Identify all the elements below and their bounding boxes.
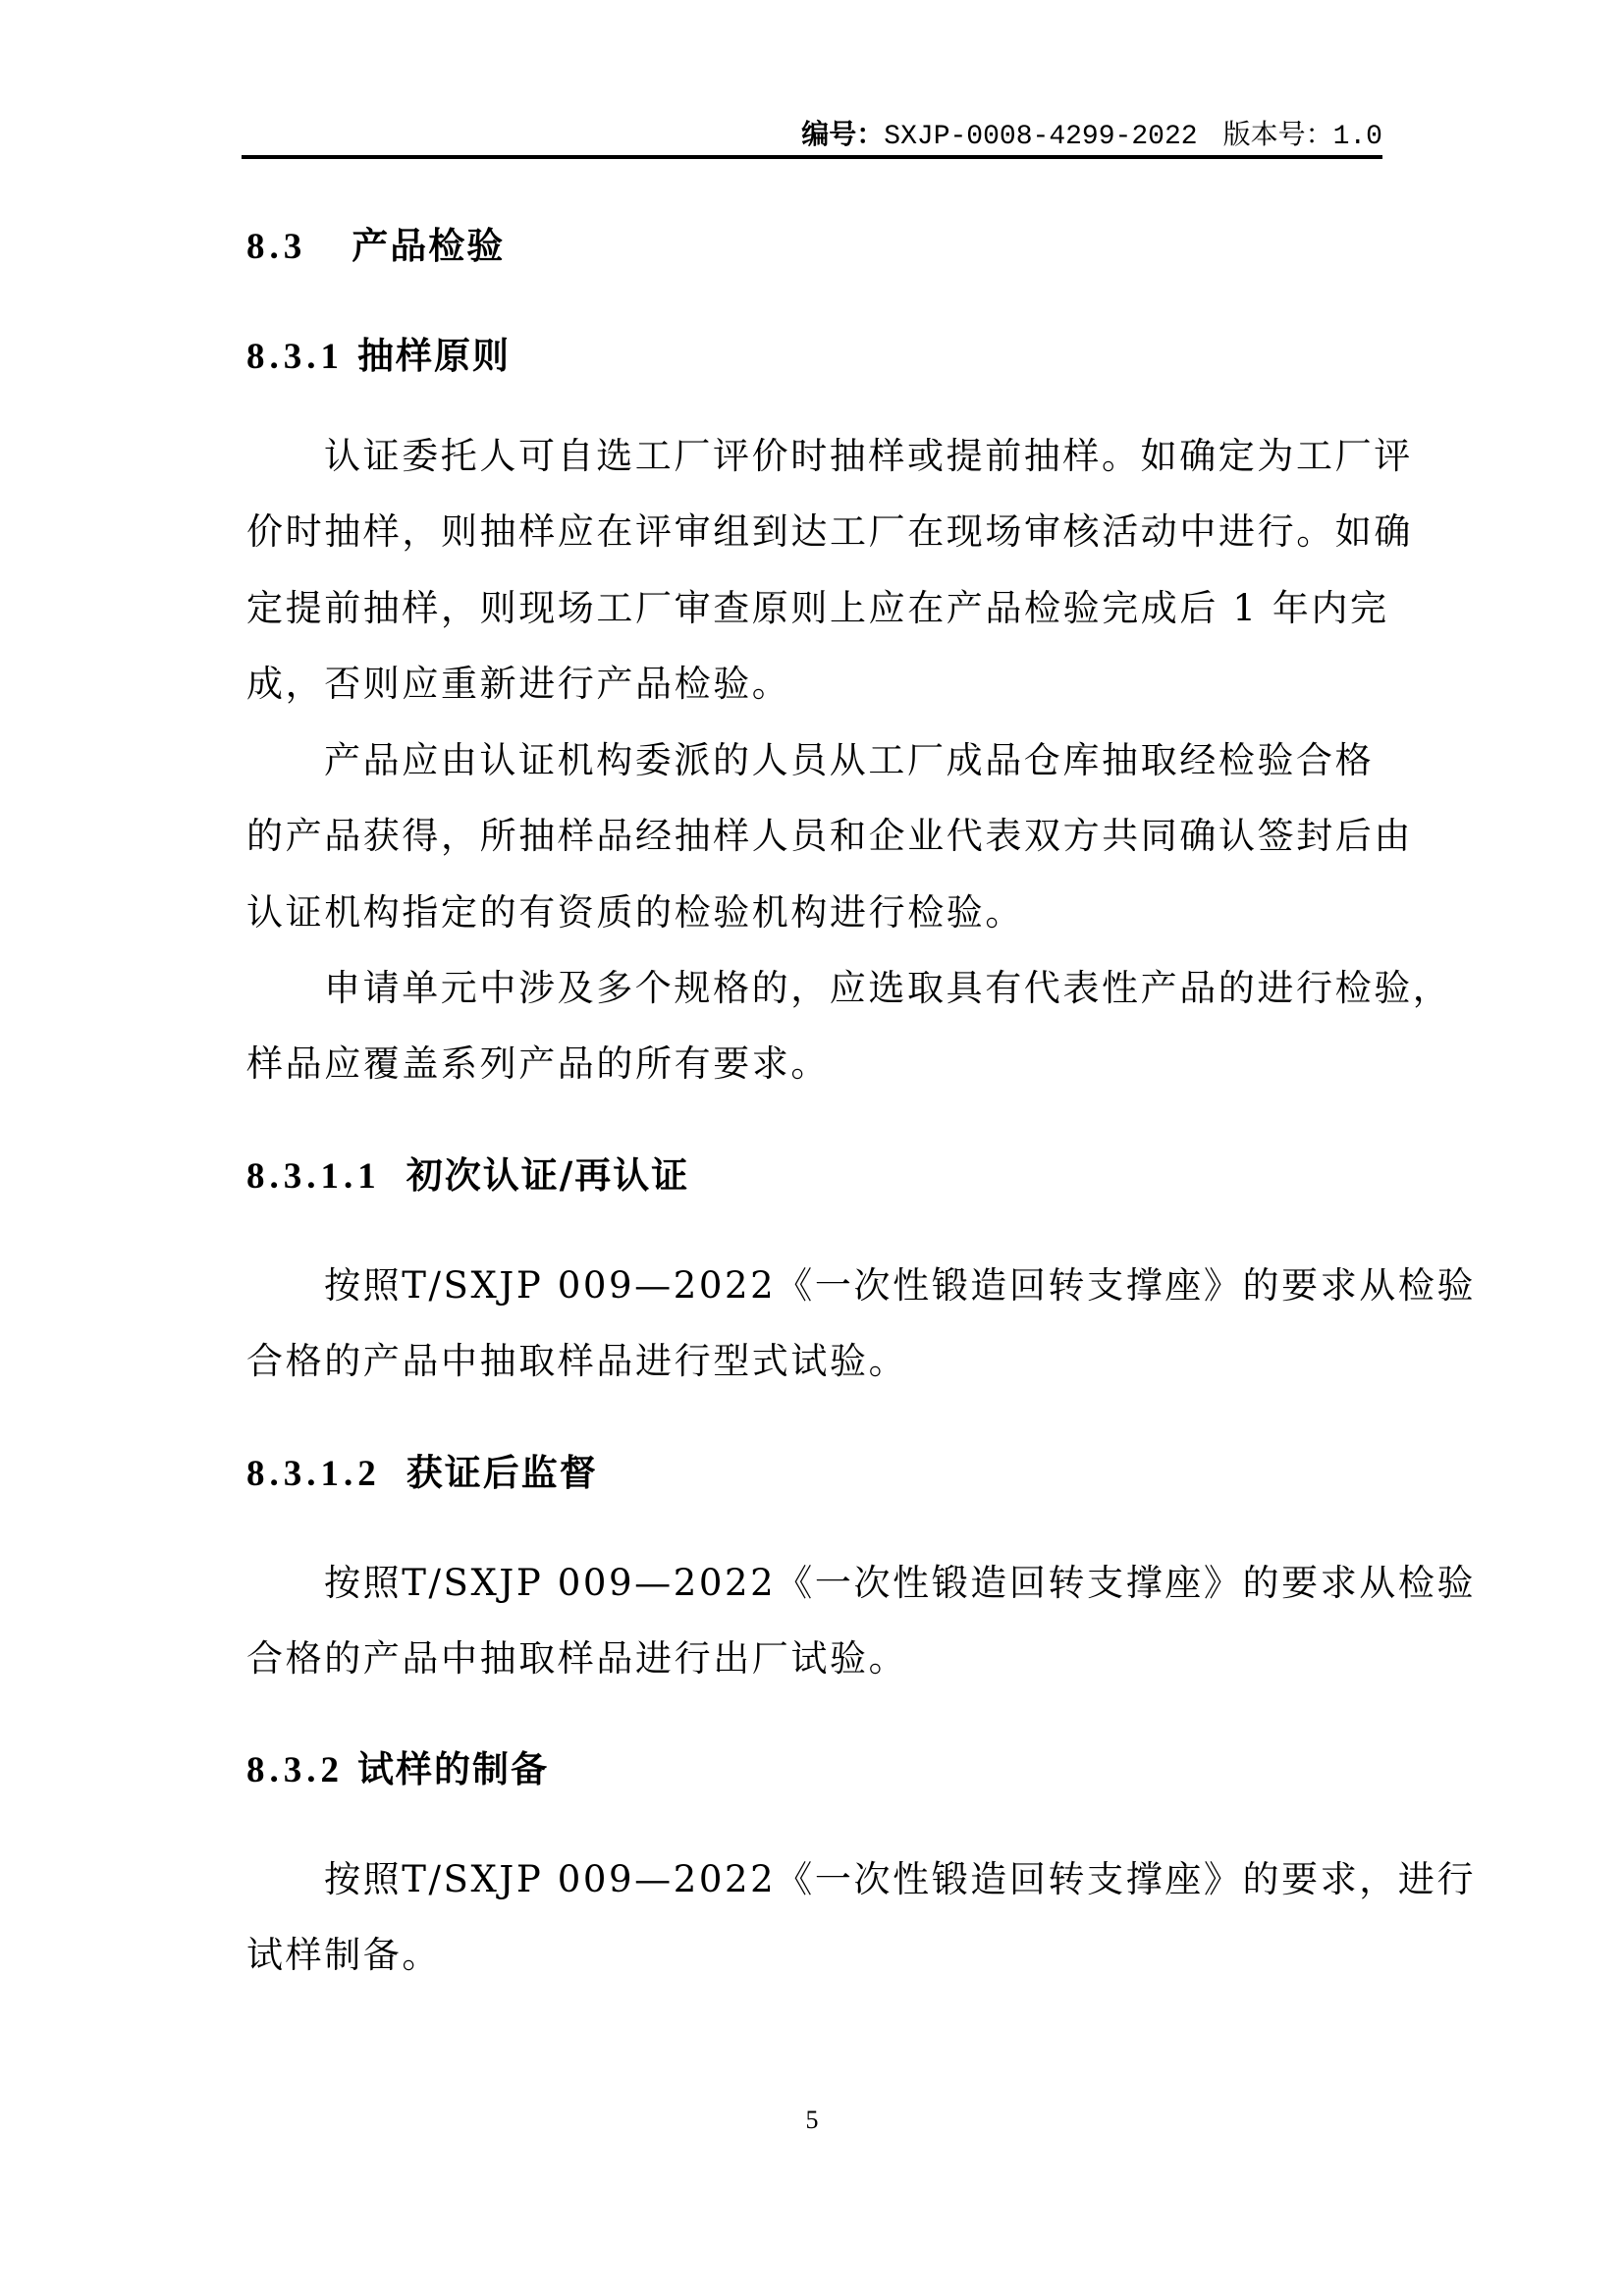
text-line: 产品应由认证机构委派的人员从工厂成品仓库抽取经检验合格: [324, 736, 1463, 785]
header-rule: [242, 155, 1382, 159]
text-line: 定提前抽样，则现场工厂审查原则上应在产品检验完成后 1 年内完: [246, 584, 1385, 633]
text-line: 认证委托人可自选工厂评价时抽样或提前抽样。如确定为工厂评: [324, 432, 1463, 481]
version-label: 版本号：: [1223, 118, 1333, 150]
doc-number: SXJP-0008-4299-2022: [884, 122, 1197, 152]
text-line: 认证机构指定的有资质的检验机构进行检验。: [246, 888, 1385, 937]
doc-number-label: 编号：: [801, 118, 884, 150]
section-title: 试样的制备: [357, 1747, 549, 1790]
section-title: 产品检验: [352, 224, 505, 267]
section-heading-8-3-1: 8.3.1抽样原则: [246, 331, 511, 380]
section-heading-8-3-2: 8.3.2试样的制备: [246, 1744, 549, 1793]
text-line: 成，否则应重新进行产品检验。: [246, 660, 1385, 709]
section-title: 初次认证/再认证: [406, 1153, 690, 1197]
section-number: 8.3.1: [246, 333, 344, 382]
section-number: 8.3.1.1: [246, 1152, 381, 1201]
section-heading-8-3-1-2: 8.3.1.2获证后监督: [246, 1448, 598, 1497]
section-number: 8.3.1.2: [246, 1450, 381, 1499]
text-line: 合格的产品中抽取样品进行出厂试验。: [246, 1634, 1385, 1683]
running-header: 编号：SXJP-0008-4299-2022版本号：1.0: [242, 113, 1382, 156]
text-line: 的产品获得，所抽样品经抽样人员和企业代表双方共同确认签封后由: [246, 812, 1385, 861]
text-line: 价时抽样，则抽样应在评审组到达工厂在现场审核活动中进行。如确: [246, 507, 1385, 557]
text-line: 样品应覆盖系列产品的所有要求。: [246, 1040, 1385, 1089]
text-line: 合格的产品中抽取样品进行型式试验。: [246, 1337, 1385, 1386]
text-line: 按照T/SXJP 009—2022《一次性锻造回转支撑座》的要求从检验: [324, 1559, 1463, 1608]
section-title: 获证后监督: [406, 1451, 598, 1494]
section-number: 8.3: [246, 223, 306, 272]
section-title: 抽样原则: [357, 334, 511, 377]
page-number: 5: [0, 2106, 1624, 2135]
text-line: 试样制备。: [246, 1931, 1385, 1980]
text-line: 按照T/SXJP 009—2022《一次性锻造回转支撑座》的要求从检验: [324, 1261, 1463, 1310]
section-heading-8-3-1-1: 8.3.1.1初次认证/再认证: [246, 1150, 689, 1200]
section-heading-8-3: 8.3产品检验: [246, 221, 505, 270]
text-line: 按照T/SXJP 009—2022《一次性锻造回转支撑座》的要求，进行: [324, 1855, 1463, 1904]
document-page: 编号：SXJP-0008-4299-2022版本号：1.0 8.3产品检验 8.…: [0, 0, 1624, 2296]
text-line: 申请单元中涉及多个规格的，应选取具有代表性产品的进行检验，: [324, 964, 1463, 1013]
section-number: 8.3.2: [246, 1746, 344, 1795]
version-number: 1.0: [1333, 122, 1382, 152]
